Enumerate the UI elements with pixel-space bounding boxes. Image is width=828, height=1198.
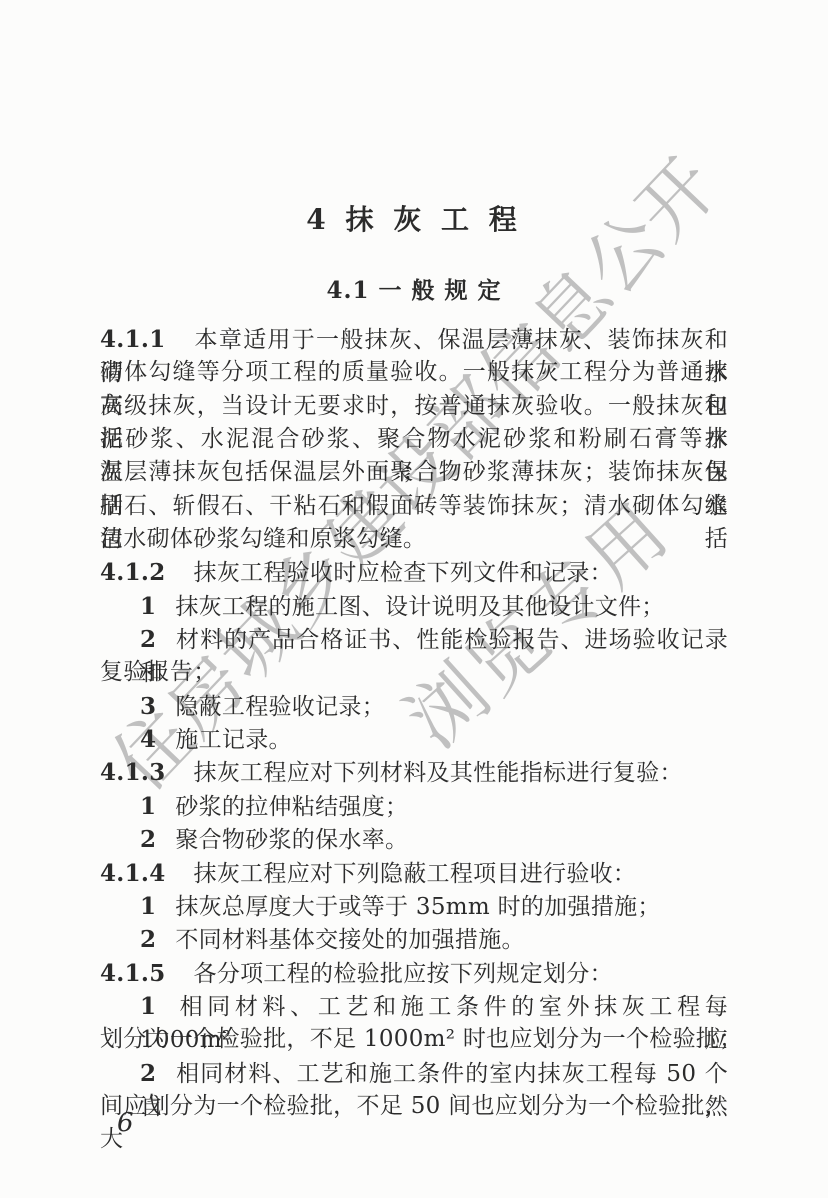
text-line: 4.1.1本章适用于一般抹灰、保温层薄抹灰、装饰抹灰和清水 <box>100 323 728 356</box>
clause-number: 2 <box>140 1060 156 1087</box>
text-line: 泥砂浆、水泥混合砂浆、聚合物水泥砂浆和粉刷石膏等抹灰；保 <box>100 423 728 456</box>
chapter-title: 4 抹 灰 工 程 <box>100 203 728 237</box>
line-text: 抹灰工程验收时应检查下列文件和记录： <box>194 560 613 586</box>
text-line: 4.1.5各分项工程的检验批应按下列规定划分： <box>100 957 728 990</box>
clause-number: 2 <box>140 926 156 953</box>
text-line: 1抹灰工程的施工图、设计说明及其他设计文件； <box>100 590 728 623</box>
line-text: 间应划分为一个检验批，不足 50 间也应划分为一个检验批，大 <box>100 1093 728 1152</box>
text-line: 2聚合物砂浆的保水率。 <box>100 823 728 856</box>
document-page: 住房城乡建设部信息公开 浏览专用 4 抹 灰 工 程 4.1 一 般 规 定 4… <box>0 0 828 1198</box>
text-line: 1相同材料、工艺和施工条件的室外抹灰工程每 1000m² 应 <box>100 990 728 1023</box>
text-line: 刷石、斩假石、干粘石和假面砖等装饰抹灰；清水砌体勾缝包括 <box>100 490 728 523</box>
clause-number: 2 <box>140 626 156 653</box>
clause-number: 4.1.4 <box>100 860 166 887</box>
text-line: 4施工记录。 <box>100 723 728 756</box>
clause-number: 4.1.3 <box>100 759 166 786</box>
text-line: 温层薄抹灰包括保温层外面聚合物砂浆薄抹灰；装饰抹灰包括水 <box>100 456 728 489</box>
text-line: 4.1.3抹灰工程应对下列材料及其性能指标进行复验： <box>100 756 728 789</box>
text-line: 划分为一个检验批，不足 1000m² 时也应划分为一个检验批； <box>100 1023 728 1056</box>
line-text: 抹灰总厚度大于或等于 35mm 时的加强措施； <box>175 894 660 920</box>
clause-number: 1 <box>140 893 156 920</box>
line-text: 不同材料基体交接处的加强措施。 <box>175 927 525 953</box>
clause-number: 1 <box>140 793 156 820</box>
text-line: 4.1.4抹灰工程应对下列隐蔽工程项目进行验收： <box>100 857 728 890</box>
line-text: 抹灰工程的施工图、设计说明及其他设计文件； <box>175 594 664 620</box>
text-line: 1抹灰总厚度大于或等于 35mm 时的加强措施； <box>100 890 728 923</box>
line-text: 隐蔽工程验收记录； <box>175 694 385 720</box>
line-text: 各分项工程的检验批应按下列规定划分： <box>194 961 613 987</box>
clause-number: 3 <box>140 693 156 720</box>
section-title: 4.1 一 般 规 定 <box>100 276 728 305</box>
line-text: 抹灰工程应对下列隐蔽工程项目进行验收： <box>194 861 637 887</box>
line-text: 砂浆的拉伸粘结强度； <box>175 794 408 820</box>
clause-number: 1 <box>140 993 156 1020</box>
text-line: 3隐蔽工程验收记录； <box>100 690 728 723</box>
text-line: 高级抹灰，当设计无要求时，按普通抹灰验收。一般抹灰包括水 <box>100 390 728 423</box>
body-text: 4.1.1本章适用于一般抹灰、保温层薄抹灰、装饰抹灰和清水 砌体勾缝等分项工程的… <box>100 323 728 1123</box>
clause-number: 1 <box>140 593 156 620</box>
clause-number: 2 <box>140 826 156 853</box>
clause-number: 4 <box>140 726 156 753</box>
text-line: 1砂浆的拉伸粘结强度； <box>100 790 728 823</box>
line-text: 清水砌体砂浆勾缝和原浆勾缝。 <box>100 526 426 552</box>
clause-number: 4.1.2 <box>100 559 166 586</box>
line-text: 施工记录。 <box>175 727 292 753</box>
line-text: 抹灰工程应对下列材料及其性能指标进行复验： <box>194 760 683 786</box>
line-text: 复验报告； <box>100 659 217 685</box>
text-line: 2不同材料基体交接处的加强措施。 <box>100 923 728 956</box>
text-line: 4.1.2抹灰工程验收时应检查下列文件和记录： <box>100 556 728 589</box>
text-line: 2材料的产品合格证书、性能检验报告、进场验收记录和 <box>100 623 728 656</box>
text-line: 2相同材料、工艺和施工条件的室内抹灰工程每 50 个自然 <box>100 1057 728 1090</box>
line-text: 划分为一个检验批，不足 1000m² 时也应划分为一个检验批； <box>100 1026 743 1052</box>
clause-number: 4.1.5 <box>100 960 166 987</box>
text-line: 砌体勾缝等分项工程的质量验收。一般抹灰工程分为普通抹灰和 <box>100 356 728 389</box>
line-text: 聚合物砂浆的保水率。 <box>175 827 408 853</box>
text-line: 间应划分为一个检验批，不足 50 间也应划分为一个检验批，大 <box>100 1090 728 1123</box>
clause-number: 4.1.1 <box>100 326 166 353</box>
text-line: 复验报告； <box>100 656 728 689</box>
page-number: 6 <box>117 1108 134 1138</box>
